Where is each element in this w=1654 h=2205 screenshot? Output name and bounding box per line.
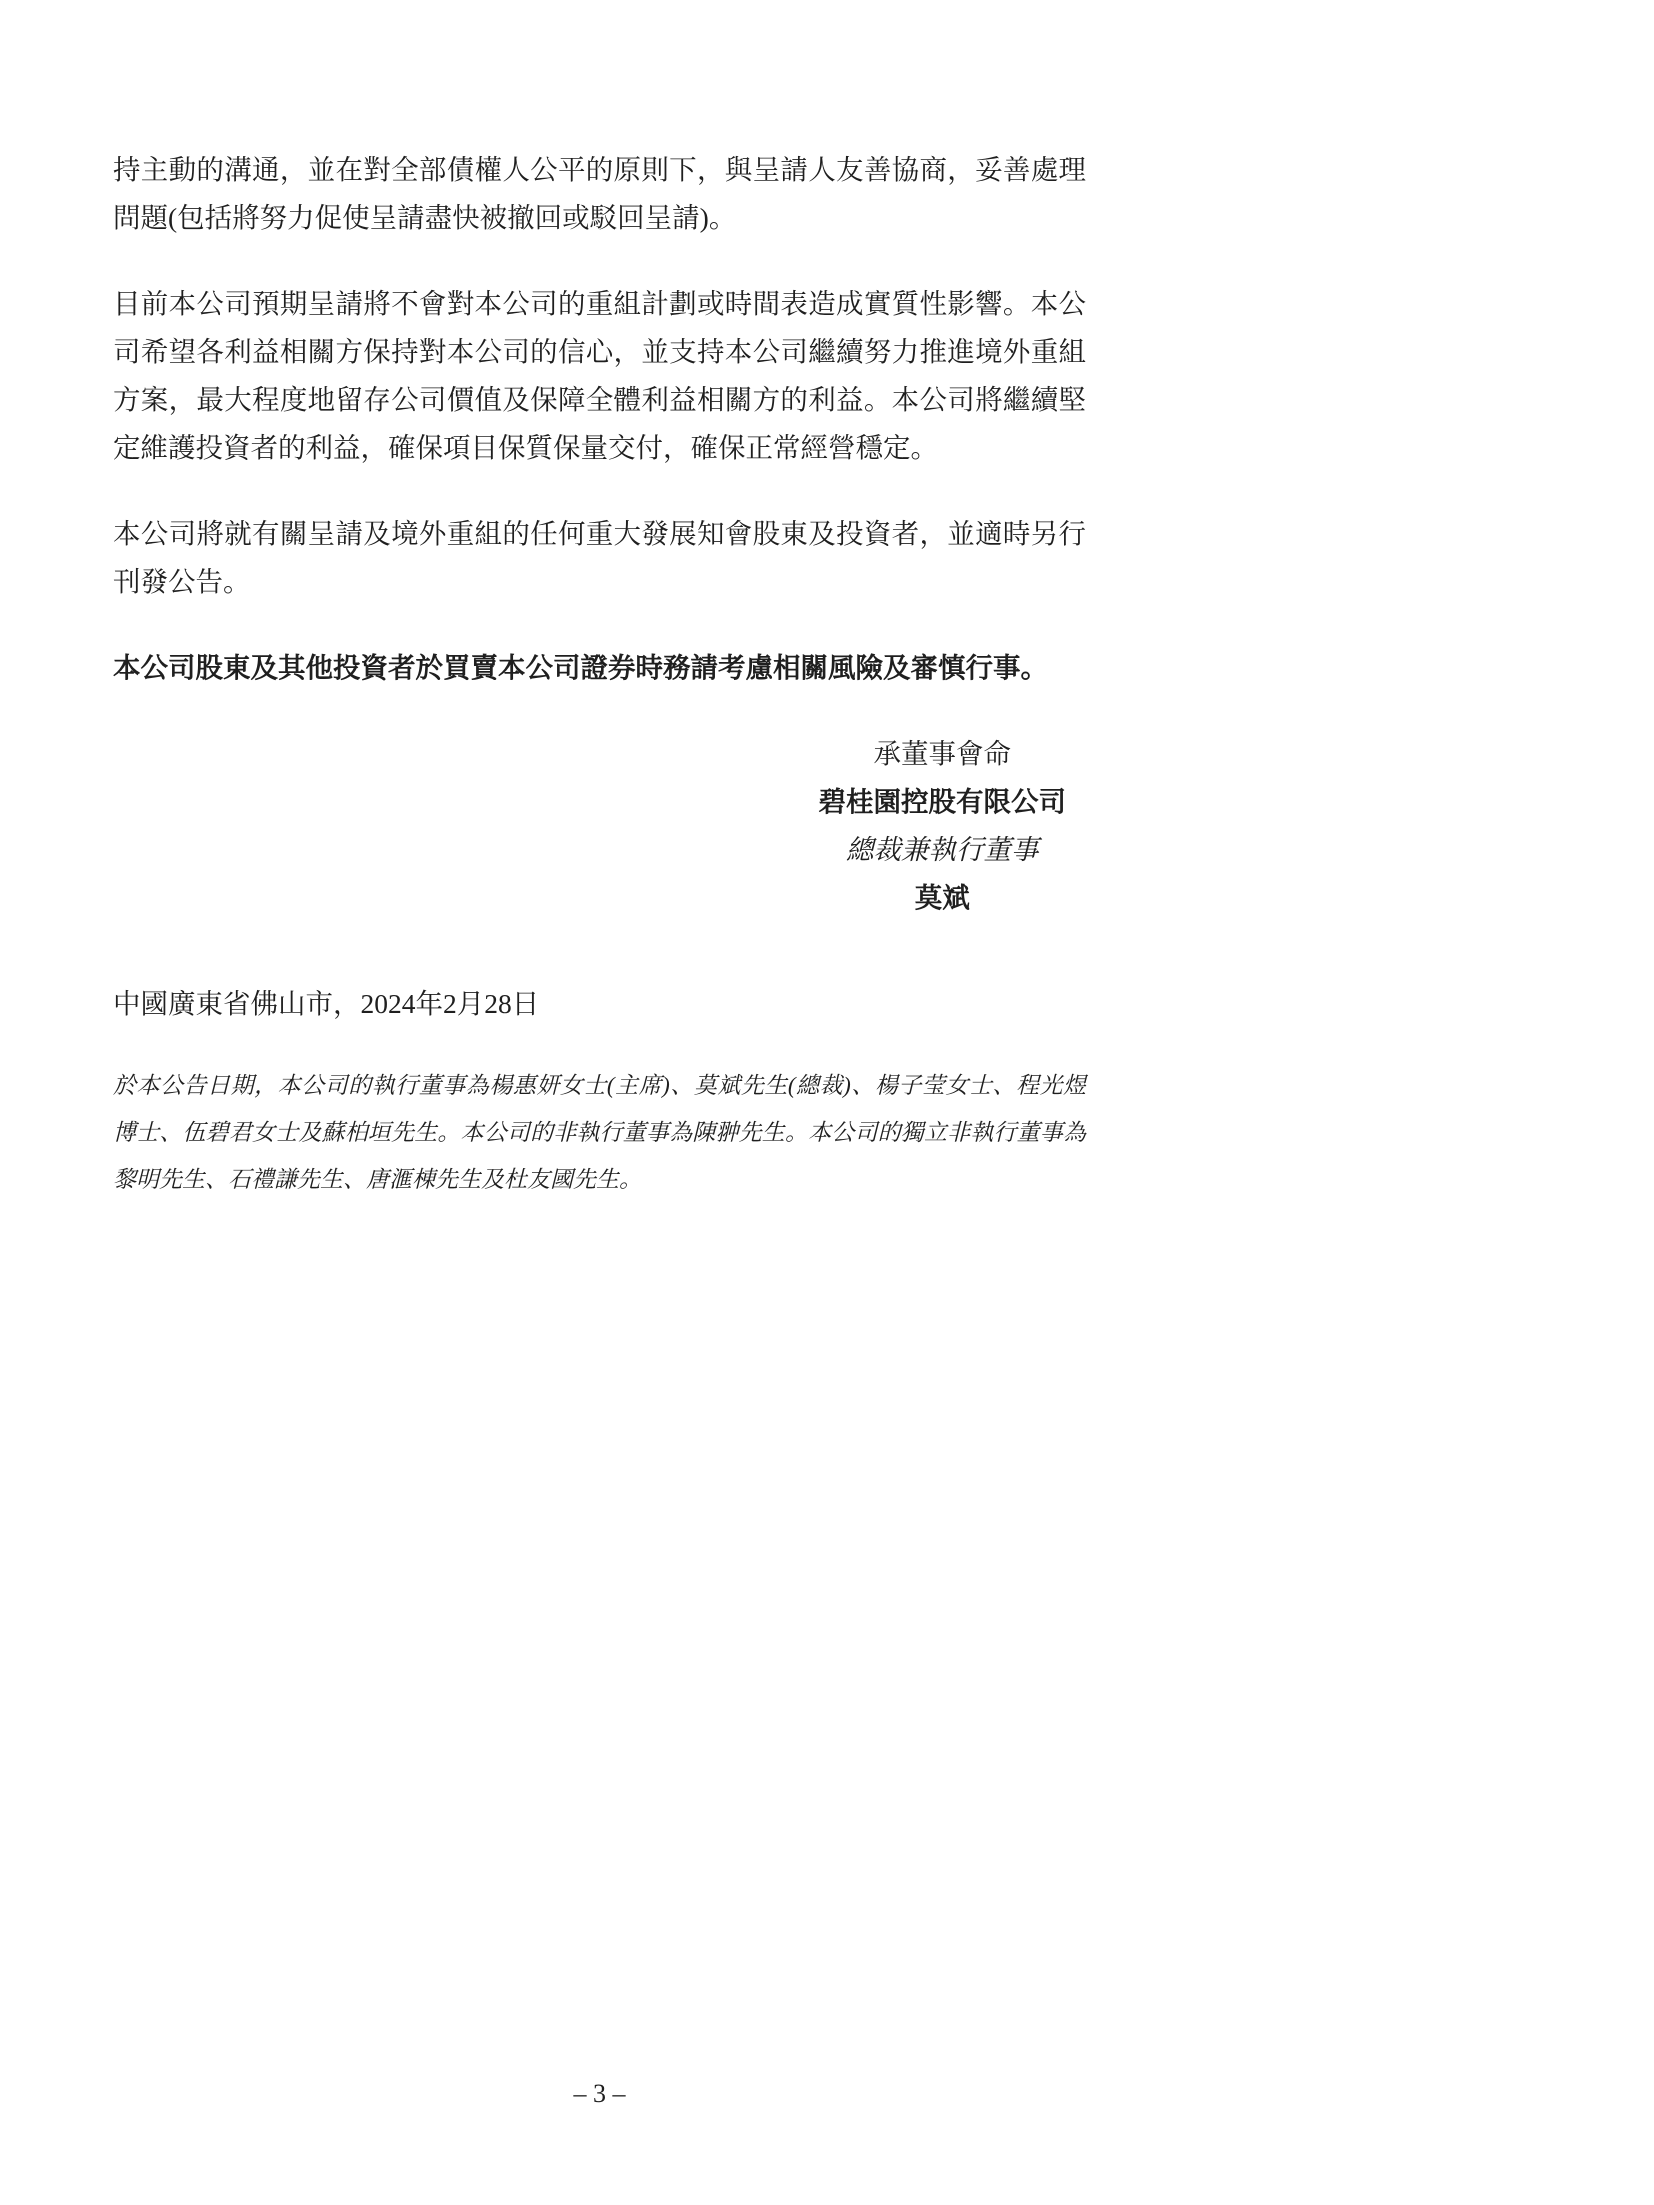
announcement-page: 持主動的溝通，並在對全部債權人公平的原則下，與呈請人友善協商，妥善處理問題(包括… [0, 0, 1654, 2205]
by-order-of-board-line: 承董事會命 [819, 730, 1067, 778]
announcement-content: 持主動的溝通，並在對全部債權人公平的原則下，與呈請人友善協商，妥善處理問題(包括… [113, 146, 1086, 1203]
signer-name: 莫斌 [819, 874, 1067, 922]
company-name: 碧桂園控股有限公司 [819, 778, 1067, 826]
signature-block: 承董事會命 碧桂園控股有限公司 總裁兼執行董事 莫斌 [819, 730, 1067, 922]
place-and-date-line: 中國廣東省佛山市，2024年2月28日 [113, 980, 1086, 1028]
paragraph-restructuring-impact: 目前本公司預期呈請將不會對本公司的重組計劃或時間表造成實質性影響。本公司希望各利… [113, 280, 1086, 472]
paragraph-creditor-communication: 持主動的溝通，並在對全部債權人公平的原則下，與呈請人友善協商，妥善處理問題(包括… [113, 146, 1086, 242]
signer-title: 總裁兼執行董事 [819, 826, 1067, 874]
directors-footnote: 於本公告日期，本公司的執行董事為楊惠妍女士(主席)、莫斌先生(總裁)、楊子莹女士… [113, 1062, 1086, 1203]
paragraph-further-announcements: 本公司將就有關呈請及境外重組的任何重大發展知會股東及投資者，並適時另行刊發公告。 [113, 510, 1086, 606]
page-number: – 3 – [113, 2078, 1086, 2110]
shareholder-warning-statement: 本公司股東及其他投資者於買賣本公司證券時務請考慮相關風險及審慎行事。 [113, 644, 1086, 692]
